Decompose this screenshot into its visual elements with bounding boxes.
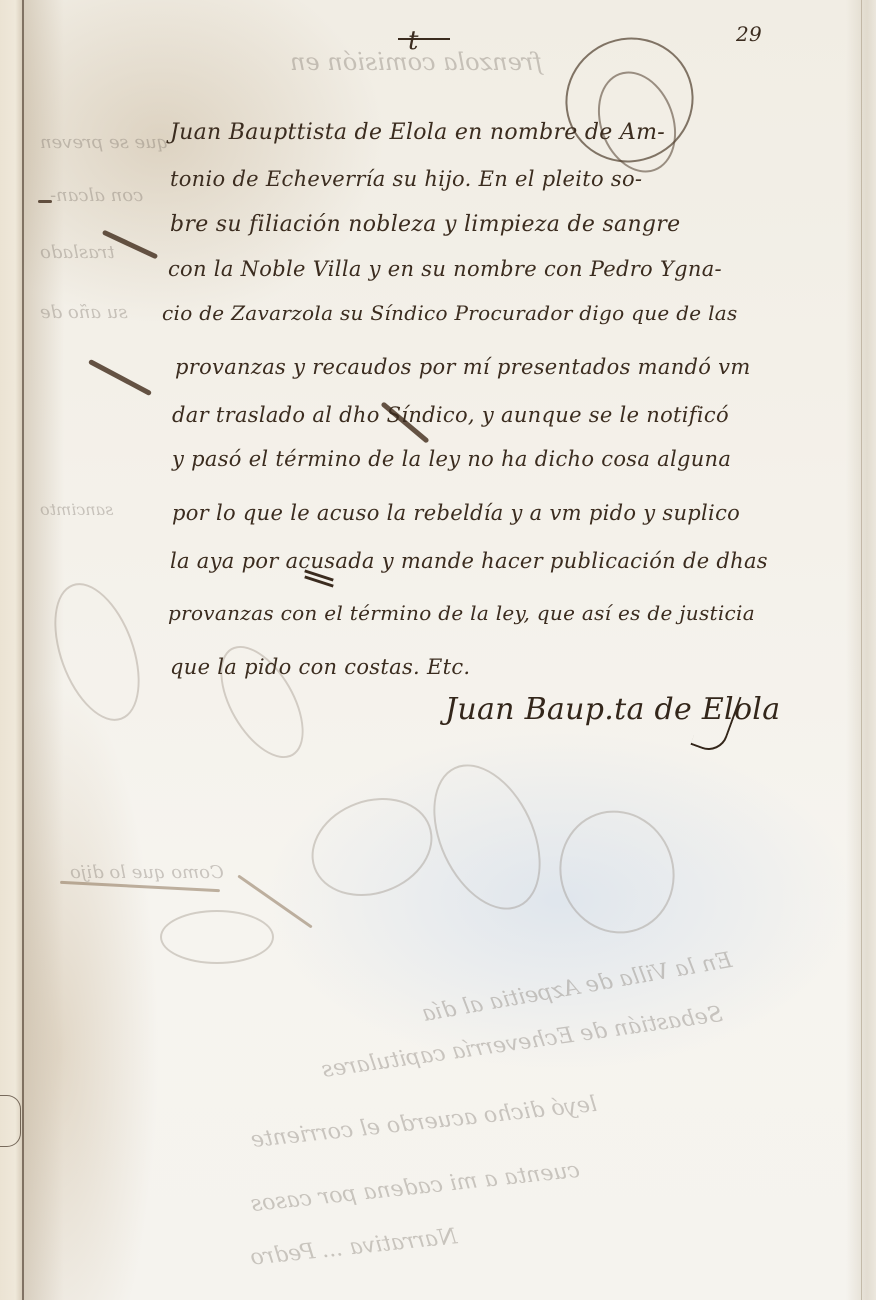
- bleed-through-flourish: [298, 782, 447, 913]
- bleed-through-text: leyó dicho acuerdo el corriente: [250, 1092, 598, 1153]
- manuscript-line-7: dar traslado al dho Síndico, y aunque se…: [172, 402, 729, 428]
- bleed-through-text: que se preven: [40, 132, 168, 153]
- bleed-through-text: con alcan-: [50, 185, 143, 206]
- manuscript-line-4: con la Noble Villa y en su nombre con Pe…: [168, 256, 722, 282]
- header-cross-mark: t: [408, 26, 419, 56]
- manuscript-line-1: Juan Baupttista de Elola en nombre de Am…: [170, 120, 665, 146]
- manuscript-line-8: y pasó el término de la ley no ha dicho …: [172, 446, 731, 472]
- bleed-through-text: Narrativa ... Pedro: [249, 1224, 458, 1271]
- manuscript-scan: frenzola comisión en que se preven con a…: [0, 0, 876, 1300]
- manuscript-line-11: provanzas con el término de la ley, que …: [168, 600, 755, 626]
- bleed-through-text: traslado: [40, 242, 115, 263]
- right-edge-crease: [861, 0, 862, 1300]
- bleed-through-flourish: [412, 747, 562, 926]
- bleed-through-text: Sebastián de Echeverría capitulares: [320, 1002, 724, 1083]
- margin-stamp-icon: [0, 1095, 21, 1147]
- bleed-through-text: Como que lo dijo: [70, 862, 224, 883]
- manuscript-line-3: bre su filiación nobleza y limpieza de s…: [170, 212, 680, 238]
- manuscript-line-2: tonio de Echeverría su hijo. En el pleit…: [170, 166, 642, 192]
- manuscript-line-12: que la pido con costas. Etc.: [170, 654, 470, 680]
- manuscript-line-9: por lo que le acuso la rebeldía y a vm p…: [172, 500, 740, 526]
- manuscript-line-6: provanzas y recaudos por mí presentados …: [175, 354, 751, 380]
- bleed-through-flourish: [542, 794, 692, 950]
- bleed-through-text: su año de: [40, 302, 128, 323]
- margin-slash-mark: [88, 359, 152, 396]
- manuscript-line-10: la aya por acusada y mande hacer publica…: [170, 548, 768, 574]
- margin-dash-mark: [38, 200, 52, 203]
- bleed-through-text: sancimto: [40, 500, 113, 519]
- manuscript-line-5: cio de Zavarzola su Síndico Procurador d…: [162, 300, 738, 326]
- folio-number: 29: [736, 22, 762, 46]
- bleed-through-text: cuenta a mi cadena por casos: [250, 1158, 581, 1217]
- bleed-through-flourish: [160, 910, 274, 964]
